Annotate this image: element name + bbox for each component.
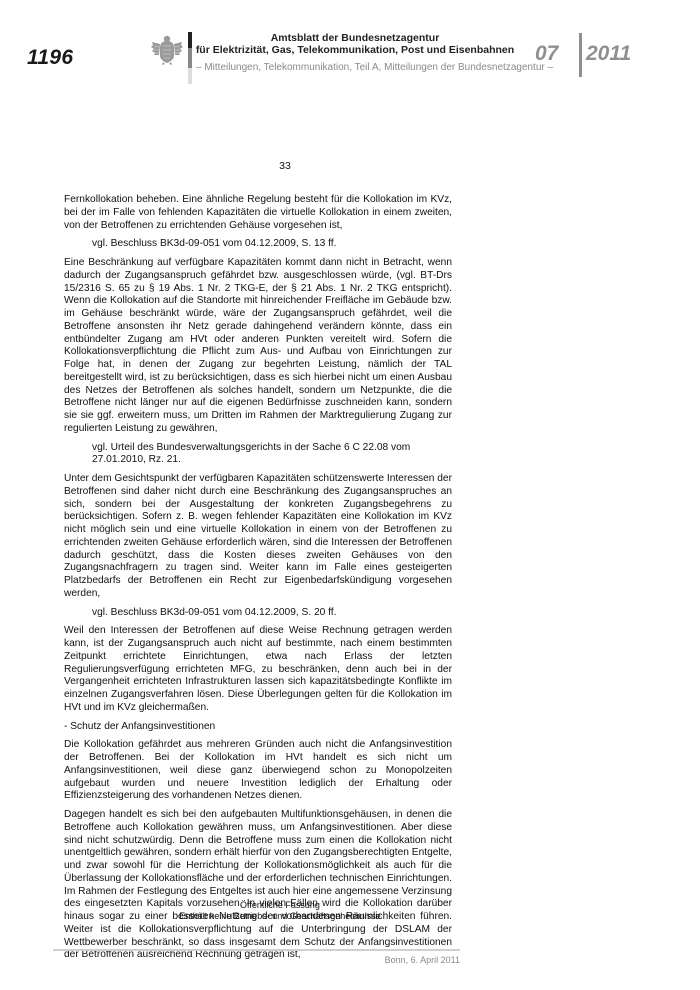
public-version-label: Öffentliche Fassung: [150, 900, 410, 911]
document-body: Fernkollokation beheben. Eine ähnliche R…: [64, 194, 452, 968]
issue-number: 07: [535, 42, 558, 66]
citation: vgl. Beschluss BK3d-09-051 vom 04.12.200…: [64, 607, 452, 620]
citation: vgl. Urteil des Bundesverwaltungsgericht…: [64, 442, 452, 468]
confidentiality-notice: Öffentliche Fassung Enthält keine Betrie…: [150, 900, 410, 922]
paragraph: Dagegen handelt es sich bei den aufgebau…: [64, 809, 452, 962]
footer-place-date: Bonn, 6. April 2011: [385, 955, 460, 965]
section-heading: - Schutz der Anfangsinvestitionen: [64, 721, 452, 734]
document-page-number: 33: [0, 160, 570, 172]
paragraph: Fernkollokation beheben. Eine ähnliche R…: [64, 194, 452, 232]
citation: vgl. Beschluss BK3d-09-051 vom 04.12.200…: [64, 238, 452, 251]
paragraph: Unter dem Gesichtspunkt der verfügbaren …: [64, 473, 452, 601]
masthead-title: Amtsblatt der Bundesnetzagentur: [190, 32, 520, 44]
paragraph: Weil den Interessen der Betroffenen auf …: [64, 625, 452, 714]
masthead: Amtsblatt der Bundesnetzagentur für Elek…: [190, 32, 520, 75]
footer-divider: [53, 949, 460, 951]
issue-divider: [579, 33, 582, 77]
gazette-page-number: 1196: [27, 46, 73, 70]
issue-year: 2011: [586, 42, 631, 66]
federal-eagle-icon: [150, 32, 184, 66]
masthead-section: – Mitteilungen, Telekommunikation, Teil …: [196, 61, 520, 75]
no-secrets-label: Enthält keine Betriebs- und Geschäftsgeh…: [150, 911, 410, 922]
masthead-subtitle: für Elektrizität, Gas, Telekommunikation…: [190, 44, 520, 56]
paragraph: Die Kollokation gefährdet aus mehreren G…: [64, 739, 452, 803]
paragraph: Eine Beschränkung auf verfügbare Kapazit…: [64, 257, 452, 436]
